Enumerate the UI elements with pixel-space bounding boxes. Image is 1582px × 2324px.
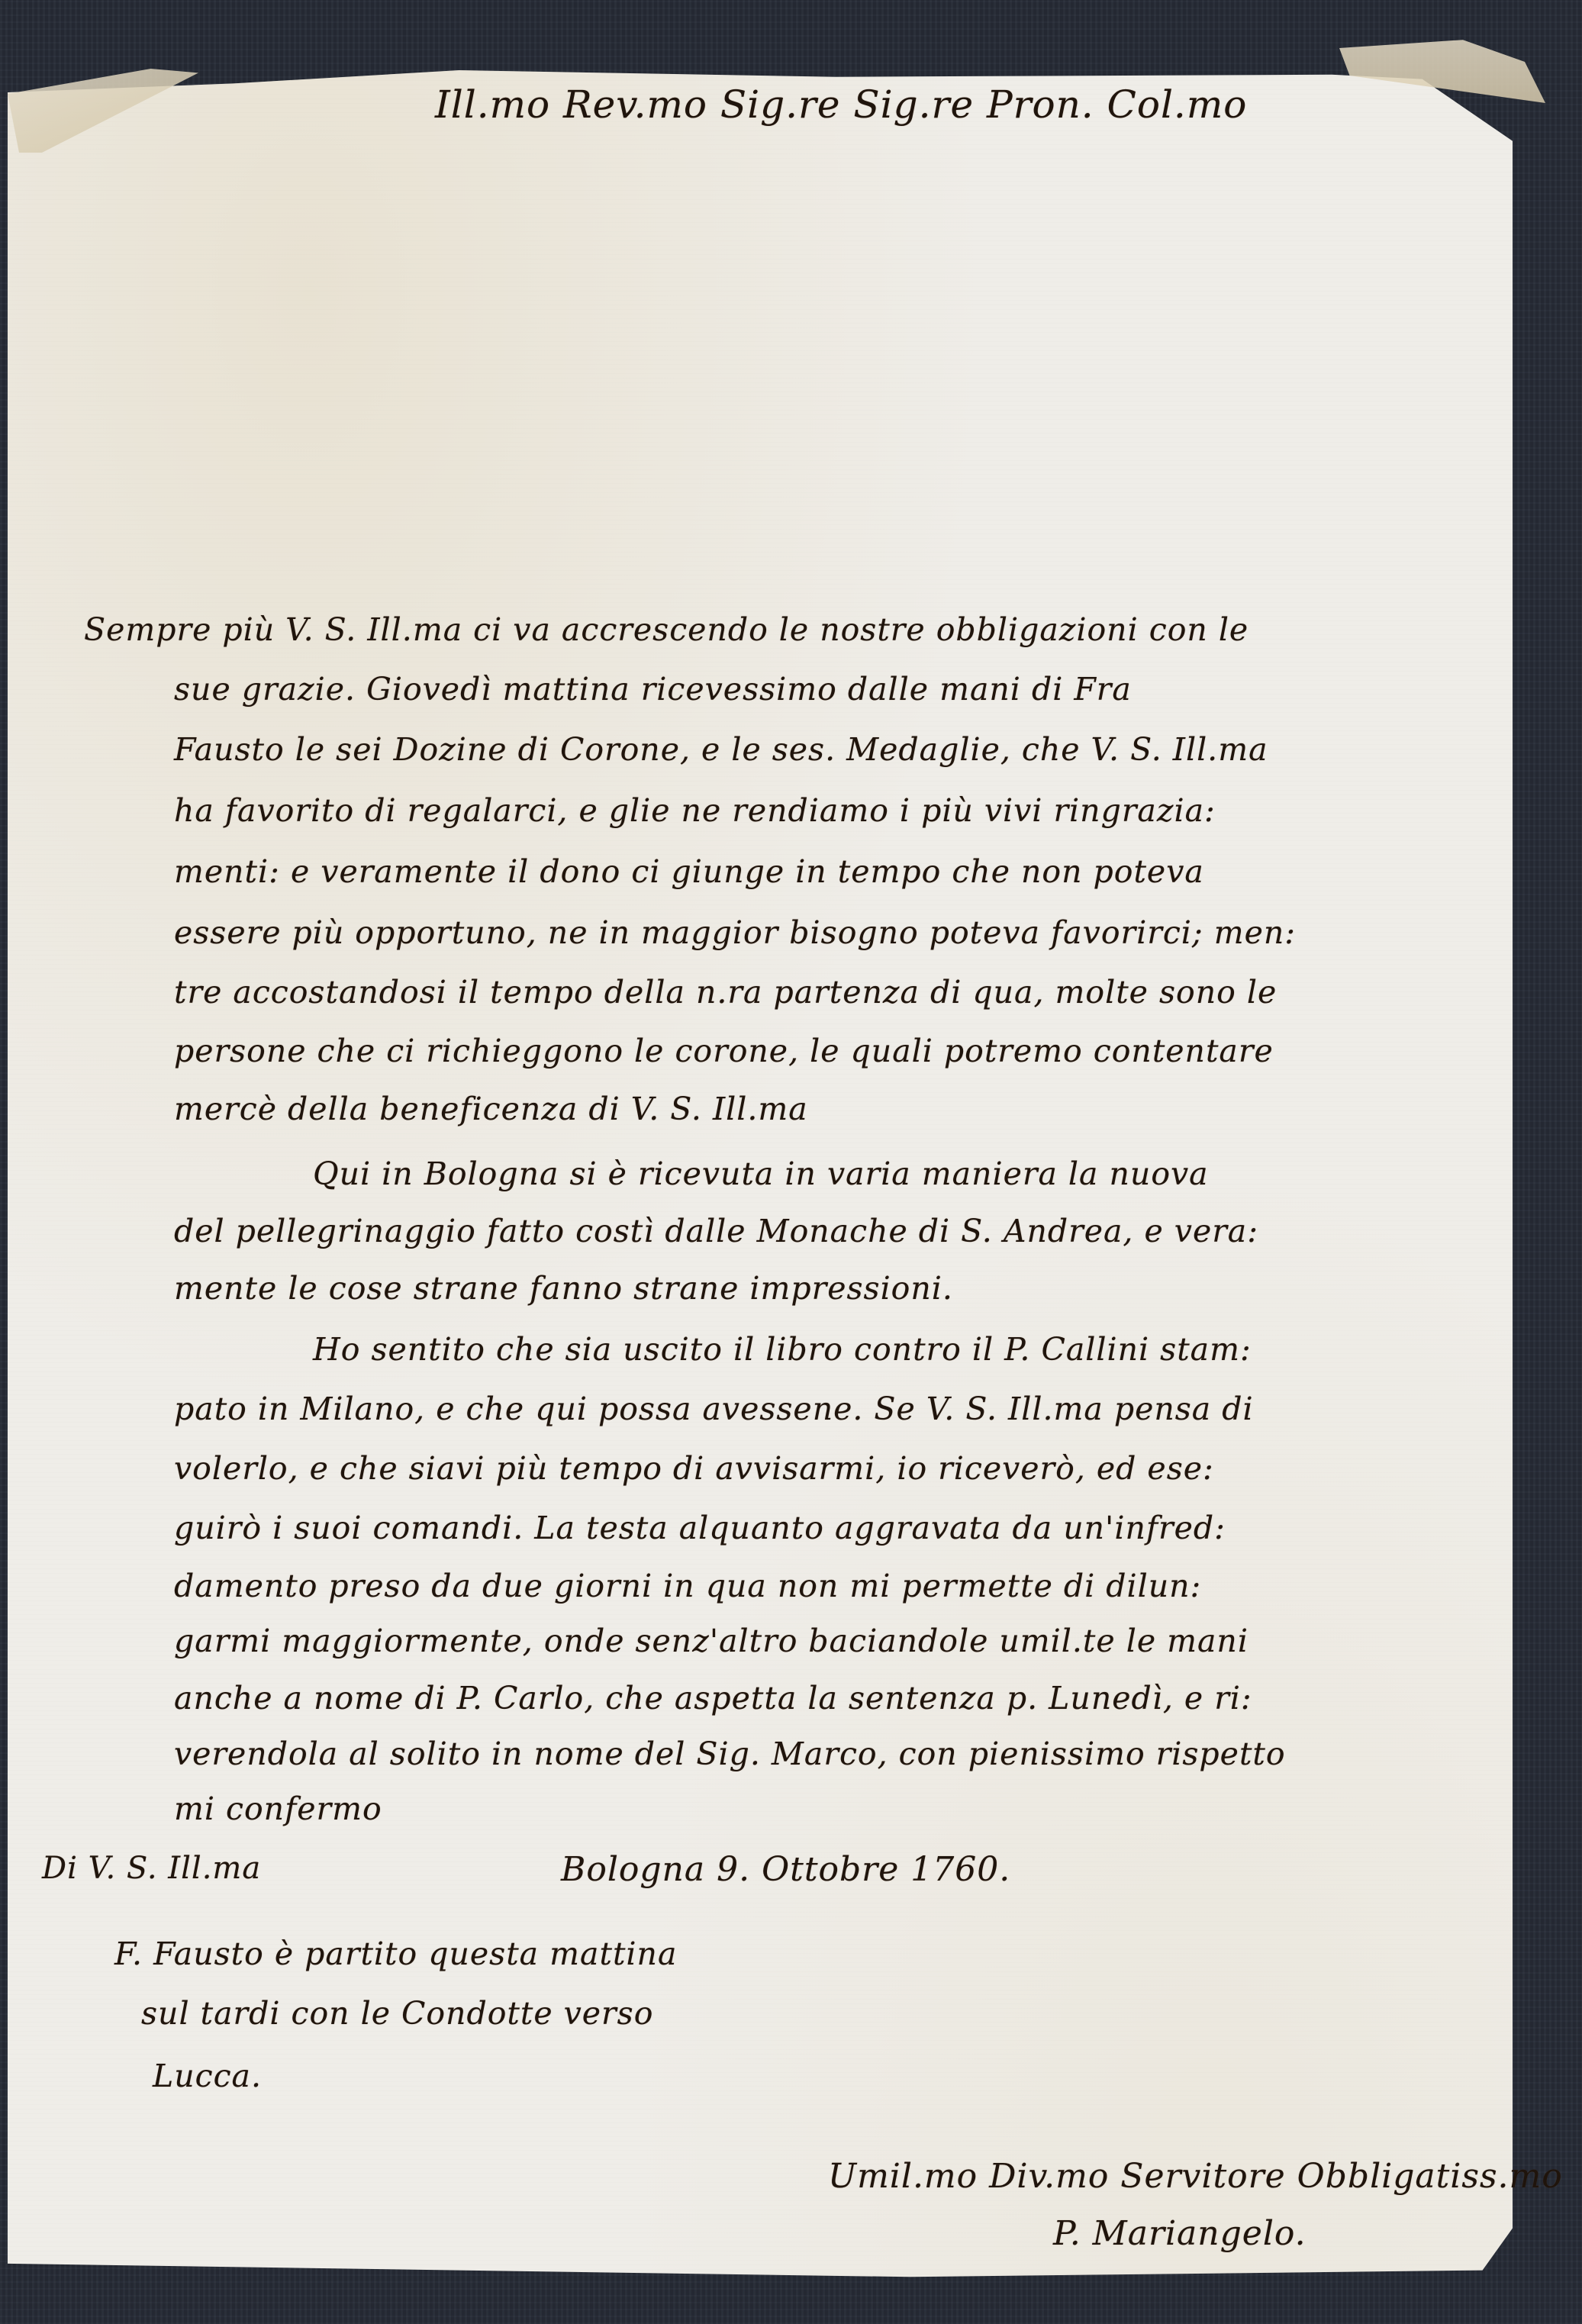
postscript-line: Lucca. [153,2061,262,2092]
body-line: mente le cose strane fanno strane impres… [174,1273,953,1304]
body-line: sue grazie. Giovedì mattina ricevessimo … [174,674,1132,705]
signature-closing: Umil.mo Div.mo Servitore Obbligatiss.mo [828,2160,1563,2193]
body-line: anche a nome di P. Carlo, che aspetta la… [174,1683,1252,1714]
body-line: del pellegrinaggio fatto costì dalle Mon… [174,1216,1258,1247]
postscript-line: sul tardi con le Condotte verso [141,1998,653,2029]
body-line: Sempre più V. S. Ill.ma ci va accrescend… [84,614,1249,646]
body-line: tre accostandosi il tempo della n.ra par… [174,977,1277,1008]
body-line: mercè della beneficenza di V. S. Ill.ma [174,1094,808,1125]
letter-date: Bologna 9. Ottobre 1760. [561,1853,1010,1887]
body-line: Fausto le sei Dozine di Corone, e le ses… [174,734,1268,766]
signature-name: P. Mariangelo. [1053,2217,1307,2251]
body-line: menti: e veramente il dono ci giunge in … [174,856,1204,888]
body-line: mi confermo [174,1794,382,1825]
body-line: persone che ci richieggono le corone, le… [174,1036,1274,1067]
letter-salutation: Ill.mo Rev.mo Sig.re Sig.re Pron. Col.mo [435,85,1247,124]
body-line: damento preso da due giorni in qua non m… [174,1571,1201,1602]
closing-address: Di V. S. Ill.ma [42,1853,261,1884]
body-line: volerlo, e che siavi più tempo di avvisa… [174,1453,1214,1484]
body-line: Ho sentito che sia uscito il libro contr… [313,1334,1252,1365]
body-line: ha favorito di regalarci, e glie ne rend… [174,795,1216,827]
body-line: Qui in Bologna si è ricevuta in varia ma… [313,1159,1209,1190]
body-line: guirò i suoi comandi. La testa alquanto … [174,1513,1226,1544]
body-line: garmi maggiormente, onde senz'altro baci… [174,1626,1249,1657]
body-line: verendola al solito in nome del Sig. Mar… [174,1739,1286,1770]
body-line: essere più opportuno, ne in maggior biso… [174,917,1296,949]
postscript-line: F. Fausto è partito questa mattina [114,1939,677,1970]
body-line: pato in Milano, e che qui possa avessene… [174,1394,1254,1425]
